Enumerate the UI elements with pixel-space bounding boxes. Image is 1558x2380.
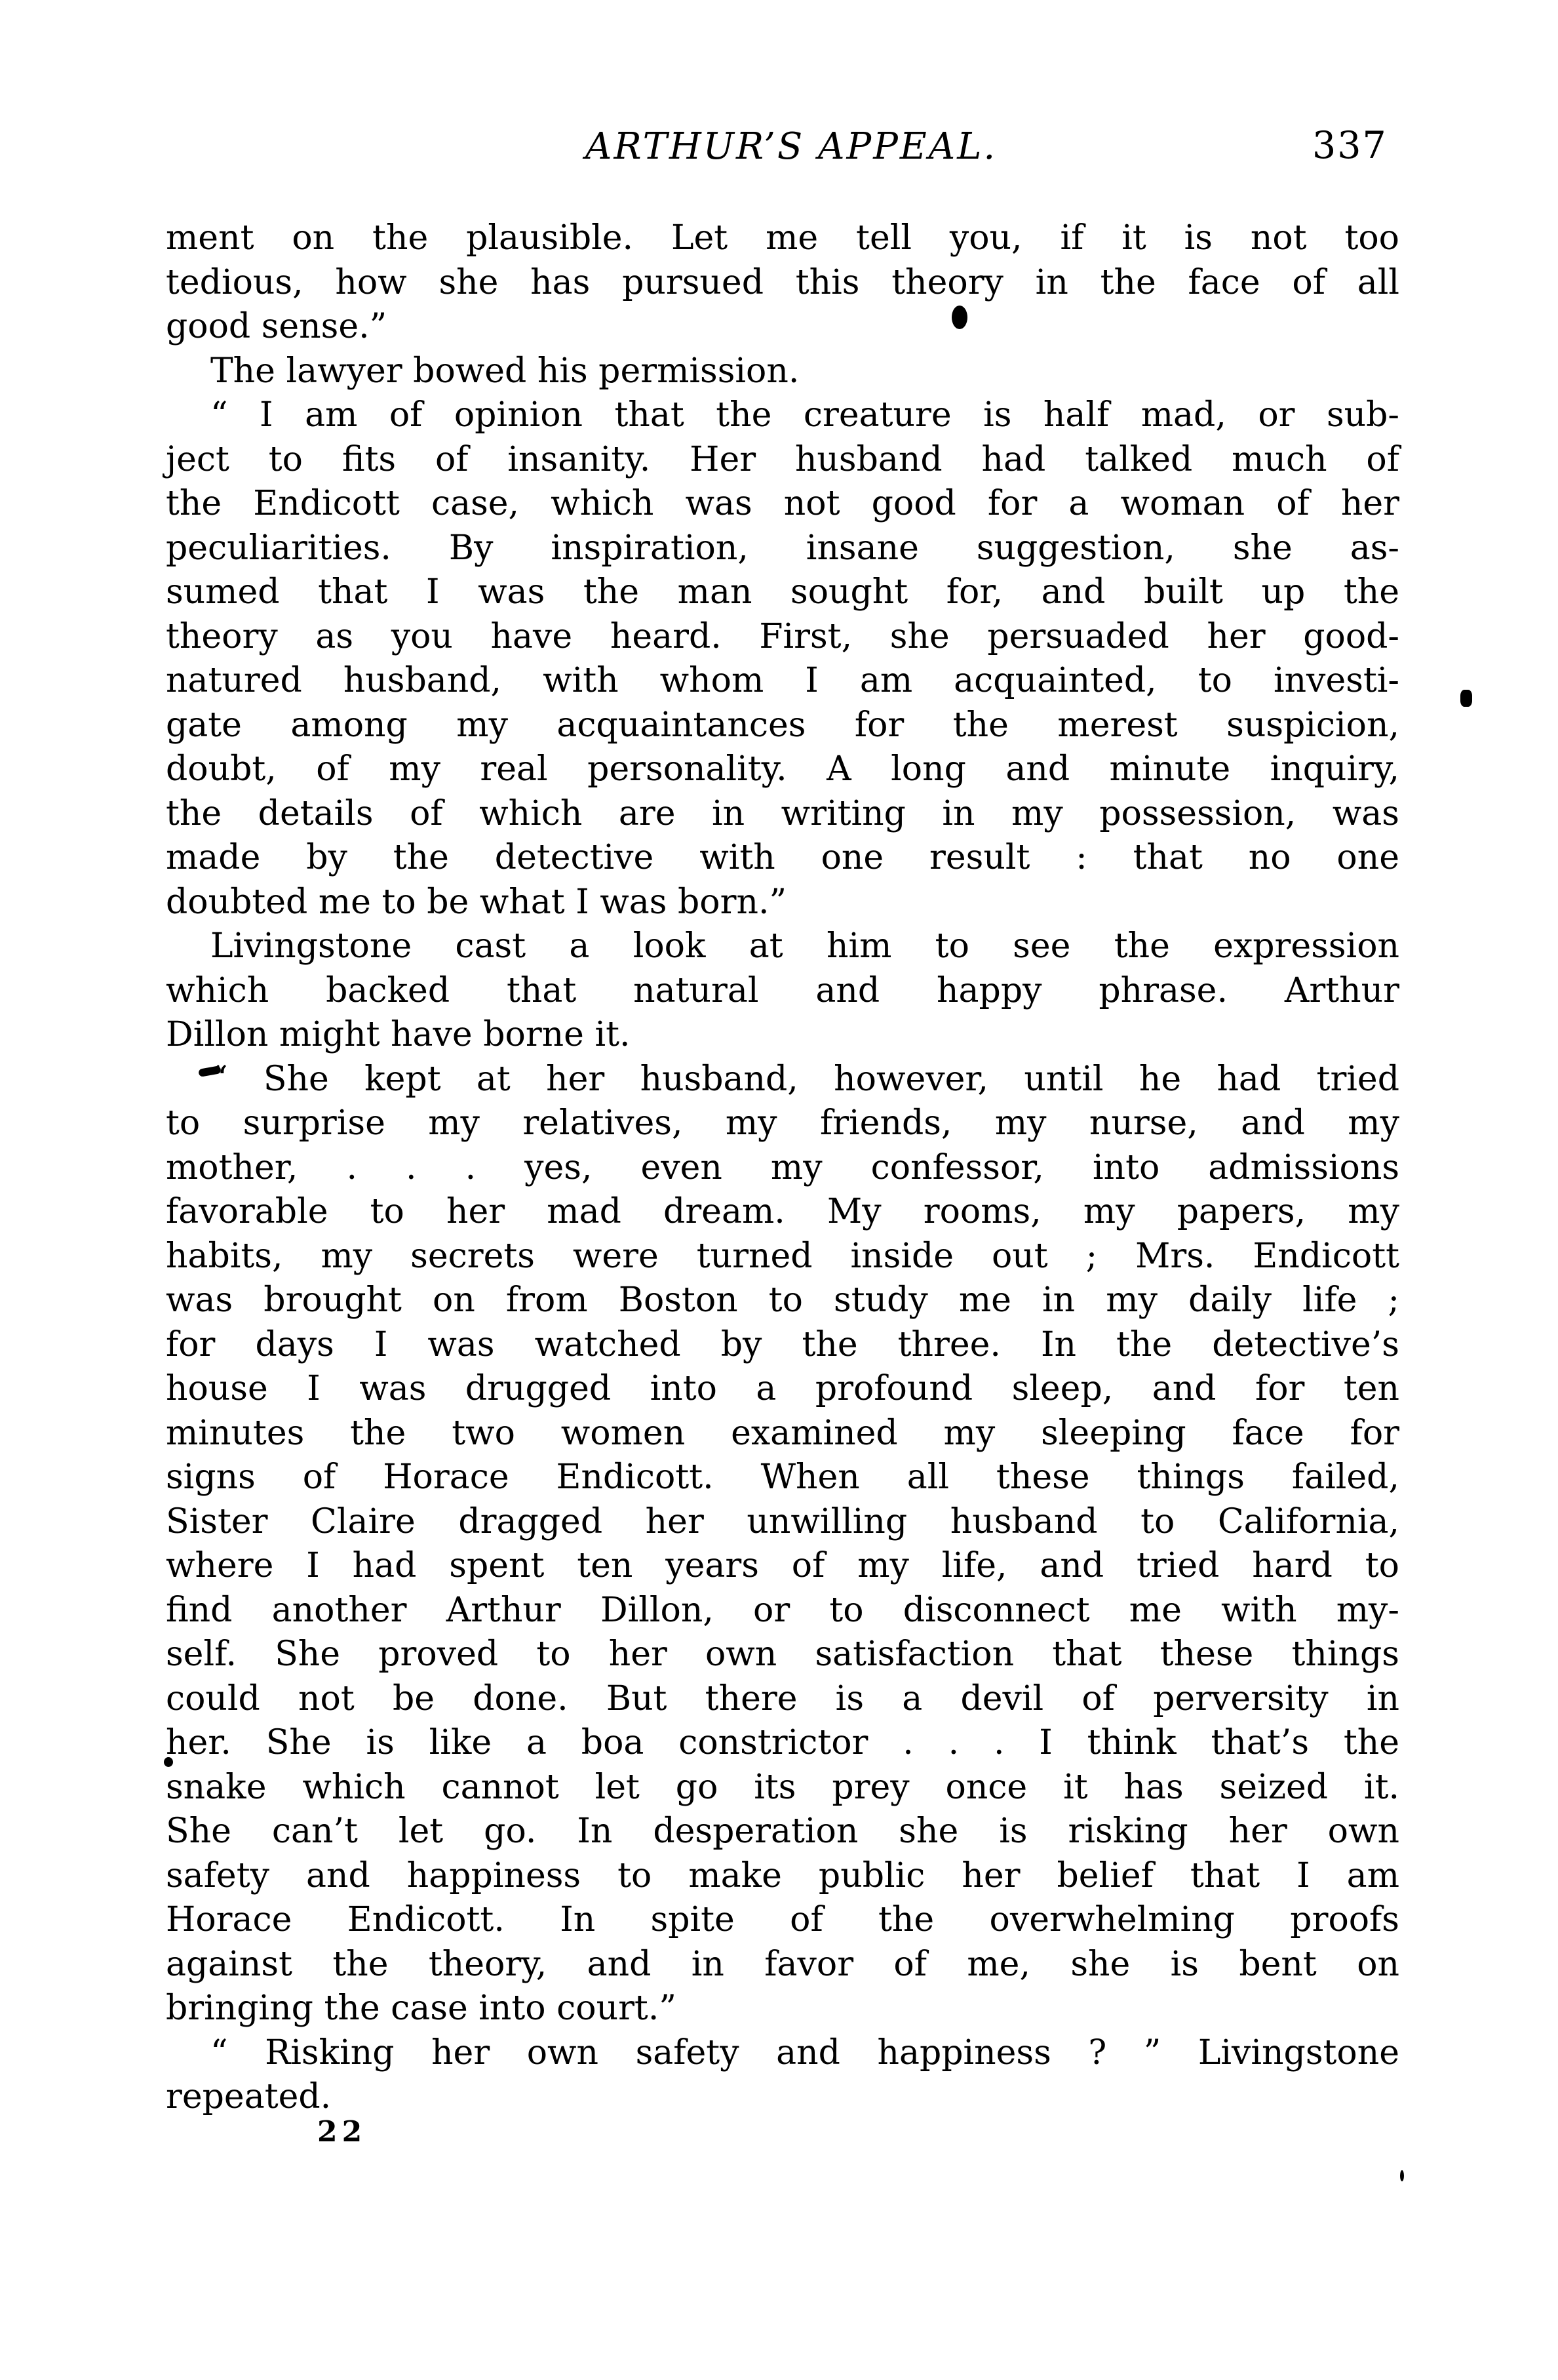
text-line: ject to fits of insanity. Her husband ha… — [166, 438, 1399, 483]
text-line: sumed that I was the man sought for, and… — [166, 570, 1399, 615]
text-line: against the theory, and in favor of me, … — [166, 1943, 1399, 1987]
text-line: snake which cannot let go its prey once … — [166, 1766, 1399, 1810]
text-line: minutes the two women examined my sleepi… — [166, 1412, 1399, 1456]
text-line: made by the detective with one result : … — [166, 836, 1399, 881]
text-line: good sense.” — [166, 305, 1399, 349]
text-line: self. She proved to her own satisfaction… — [166, 1633, 1399, 1677]
text-line: doubted me to be what I was born.” — [166, 881, 1399, 925]
ink-speck-right — [1460, 690, 1472, 707]
text-line: find another Arthur Dillon, or to discon… — [166, 1589, 1399, 1633]
text-line: could not be done. But there is a devil … — [166, 1677, 1399, 1722]
text-line: bringing the case into court.” — [166, 1987, 1399, 2031]
text-line: the Endicott case, which was not good fo… — [166, 482, 1399, 526]
text-line: signs of Horace Endicott. When all these… — [166, 1456, 1399, 1500]
text-line: theory as you have heard. First, she per… — [166, 615, 1399, 660]
text-line: “ I am of opinion that the creature is h… — [166, 393, 1399, 438]
book-page: ARTHUR’S APPEAL. 337 ment on the plausib… — [0, 0, 1558, 2380]
text-line: peculiarities. By inspiration, insane su… — [166, 526, 1399, 571]
text-line: tedious, how she has pursued this theory… — [166, 261, 1399, 306]
text-line: “ She kept at her husband, however, unti… — [166, 1058, 1399, 1102]
running-header: ARTHUR’S APPEAL. — [585, 129, 997, 165]
body-text: ment on the plausible. Let me tell you, … — [166, 216, 1399, 2120]
text-line: her. She is like a boa constrictor . . .… — [166, 1721, 1399, 1766]
text-line: house I was drugged into a profound slee… — [166, 1367, 1399, 1412]
text-line: “ Risking her own safety and happiness ?… — [166, 2031, 1399, 2076]
text-line: to surprise my relatives, my friends, my… — [166, 1101, 1399, 1146]
text-line: Livingstone cast a look at him to see th… — [166, 924, 1399, 969]
text-line: Dillon might have borne it. — [166, 1013, 1399, 1058]
text-line: doubt, of my real personality. A long an… — [166, 747, 1399, 792]
text-line: Horace Endicott. In spite of the overwhe… — [166, 1898, 1399, 1943]
ink-blot — [952, 306, 967, 329]
text-line: mother, . . . yes, even my confessor, in… — [166, 1146, 1399, 1191]
text-line: the details of which are in writing in m… — [166, 792, 1399, 837]
signature-mark: 22 — [317, 2118, 366, 2147]
text-line: favorable to her mad dream. My rooms, my… — [166, 1190, 1399, 1235]
text-line: which backed that natural and happy phra… — [166, 969, 1399, 1014]
text-line: habits, my secrets were turned inside ou… — [166, 1235, 1399, 1279]
ink-speck-bottom — [1400, 2170, 1404, 2181]
text-line: repeated. — [166, 2075, 1399, 2120]
text-line: ment on the plausible. Let me tell you, … — [166, 216, 1399, 261]
text-line: Sister Claire dragged her unwilling husb… — [166, 1500, 1399, 1545]
text-line: The lawyer bowed his permission. — [166, 349, 1399, 394]
text-line: where I had spent ten years of my life, … — [166, 1544, 1399, 1589]
text-line: was brought on from Boston to study me i… — [166, 1279, 1399, 1323]
text-line: safety and happiness to make public her … — [166, 1854, 1399, 1899]
text-line: gate among my acquaintances for the mere… — [166, 704, 1399, 748]
page-number: 337 — [1312, 127, 1388, 165]
ink-dot-margin — [164, 1757, 173, 1767]
text-line: for days I was watched by the three. In … — [166, 1323, 1399, 1368]
text-line: natured husband, with whom I am acquaint… — [166, 659, 1399, 704]
text-line: She can’t let go. In desperation she is … — [166, 1810, 1399, 1854]
